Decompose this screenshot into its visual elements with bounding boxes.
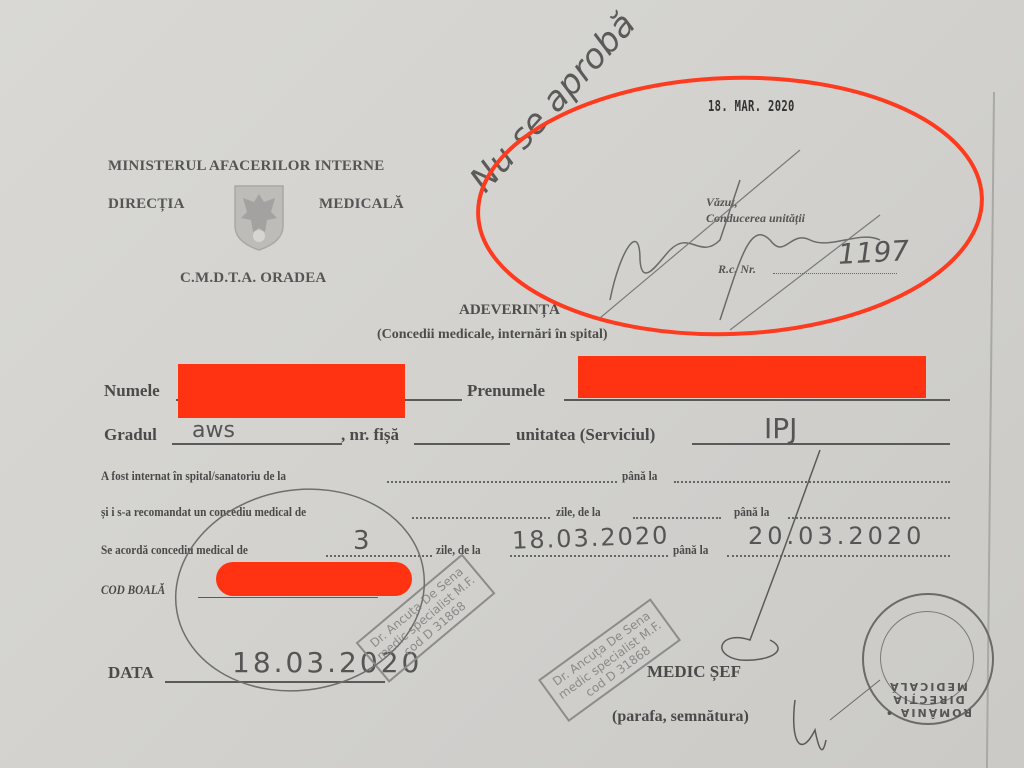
granted-from-line bbox=[510, 555, 668, 557]
granted-until-label: până la bbox=[673, 543, 708, 558]
name-redaction bbox=[178, 364, 405, 418]
granted-days: 3 bbox=[353, 526, 370, 556]
recommended-until-label: până la bbox=[734, 505, 769, 520]
signature-label: (parafa, semnătura) bbox=[612, 708, 749, 726]
directorate-right: MEDICALĂ bbox=[319, 196, 404, 213]
document-title: ADEVERINȚĂ bbox=[459, 302, 560, 319]
unit-label: unitatea (Serviciul) bbox=[516, 425, 655, 445]
unit-line bbox=[692, 443, 950, 445]
disease-code-label: COD BOALĂ bbox=[101, 583, 165, 598]
rank-value: aws bbox=[192, 418, 235, 443]
first-name-redaction bbox=[578, 356, 926, 398]
recommended-days-label: zile, de la bbox=[556, 505, 601, 520]
recommended-label: și i s-a recomandat un concediu medical … bbox=[101, 505, 306, 520]
chief-signature-2 bbox=[794, 700, 826, 750]
granted-until: 20.03.2020 bbox=[748, 522, 925, 550]
disease-code-redaction bbox=[216, 562, 412, 596]
date-line bbox=[165, 681, 385, 683]
doctor-stamp-2: Dr. Ancuța De Sena medic specialist M.F.… bbox=[538, 598, 681, 722]
granted-label: Se acordă concediu medical de bbox=[101, 543, 248, 558]
date-stamp: 18. MAR. 2020 bbox=[708, 97, 795, 115]
hospital-label: A fost internat în spital/sanatoriu de l… bbox=[101, 469, 286, 484]
recommended-from-line bbox=[633, 517, 721, 519]
document-subtitle: (Concedii medicale, internări în spital) bbox=[377, 327, 608, 343]
unit-heading: C.M.D.T.A. ORADEA bbox=[180, 270, 326, 287]
first-name-line bbox=[564, 399, 950, 401]
recommended-until-line bbox=[788, 517, 950, 519]
granted-from: 18.03.2020 bbox=[512, 521, 670, 554]
granted-until-line bbox=[727, 555, 950, 557]
disease-code-line bbox=[198, 597, 378, 598]
round-stamp-text: ROMÂNIA • DIRECȚIA MEDICALĂ bbox=[864, 680, 992, 719]
directorate-left: DIRECȚIA bbox=[108, 196, 185, 213]
ministry-heading: MINISTERUL AFACERILOR INTERNE bbox=[108, 158, 384, 175]
rank-label: Gradul bbox=[104, 425, 157, 445]
file-no-line bbox=[414, 443, 510, 445]
reg-number: 1197 bbox=[837, 234, 910, 271]
handwritten-note: Nu se aprobă bbox=[462, 5, 644, 200]
recommended-days-line bbox=[412, 517, 550, 519]
chief-label: MEDIC ȘEF bbox=[647, 662, 741, 682]
name-label: Numele bbox=[104, 381, 160, 401]
round-official-stamp: ROMÂNIA • DIRECȚIA MEDICALĂ bbox=[862, 593, 994, 725]
hospital-until-line bbox=[674, 481, 950, 483]
unit-value: IPJ bbox=[764, 412, 797, 445]
file-no-label: , nr. fișă bbox=[341, 425, 399, 445]
rank-line bbox=[172, 443, 342, 445]
hospital-from-line bbox=[387, 481, 617, 483]
management-label: Conducerea unității bbox=[706, 211, 805, 226]
granted-days-line bbox=[326, 555, 432, 557]
signature-2 bbox=[600, 150, 800, 318]
romanian-coat-of-arms-icon bbox=[231, 182, 287, 252]
reg-number-line bbox=[773, 273, 897, 274]
hospital-until-label: până la bbox=[622, 469, 657, 484]
seen-label: Văzut, bbox=[706, 195, 738, 210]
reg-label: R.c. Nr. bbox=[718, 262, 756, 277]
first-name-label: Prenumele bbox=[467, 381, 545, 401]
date-label: DATA bbox=[108, 663, 154, 683]
